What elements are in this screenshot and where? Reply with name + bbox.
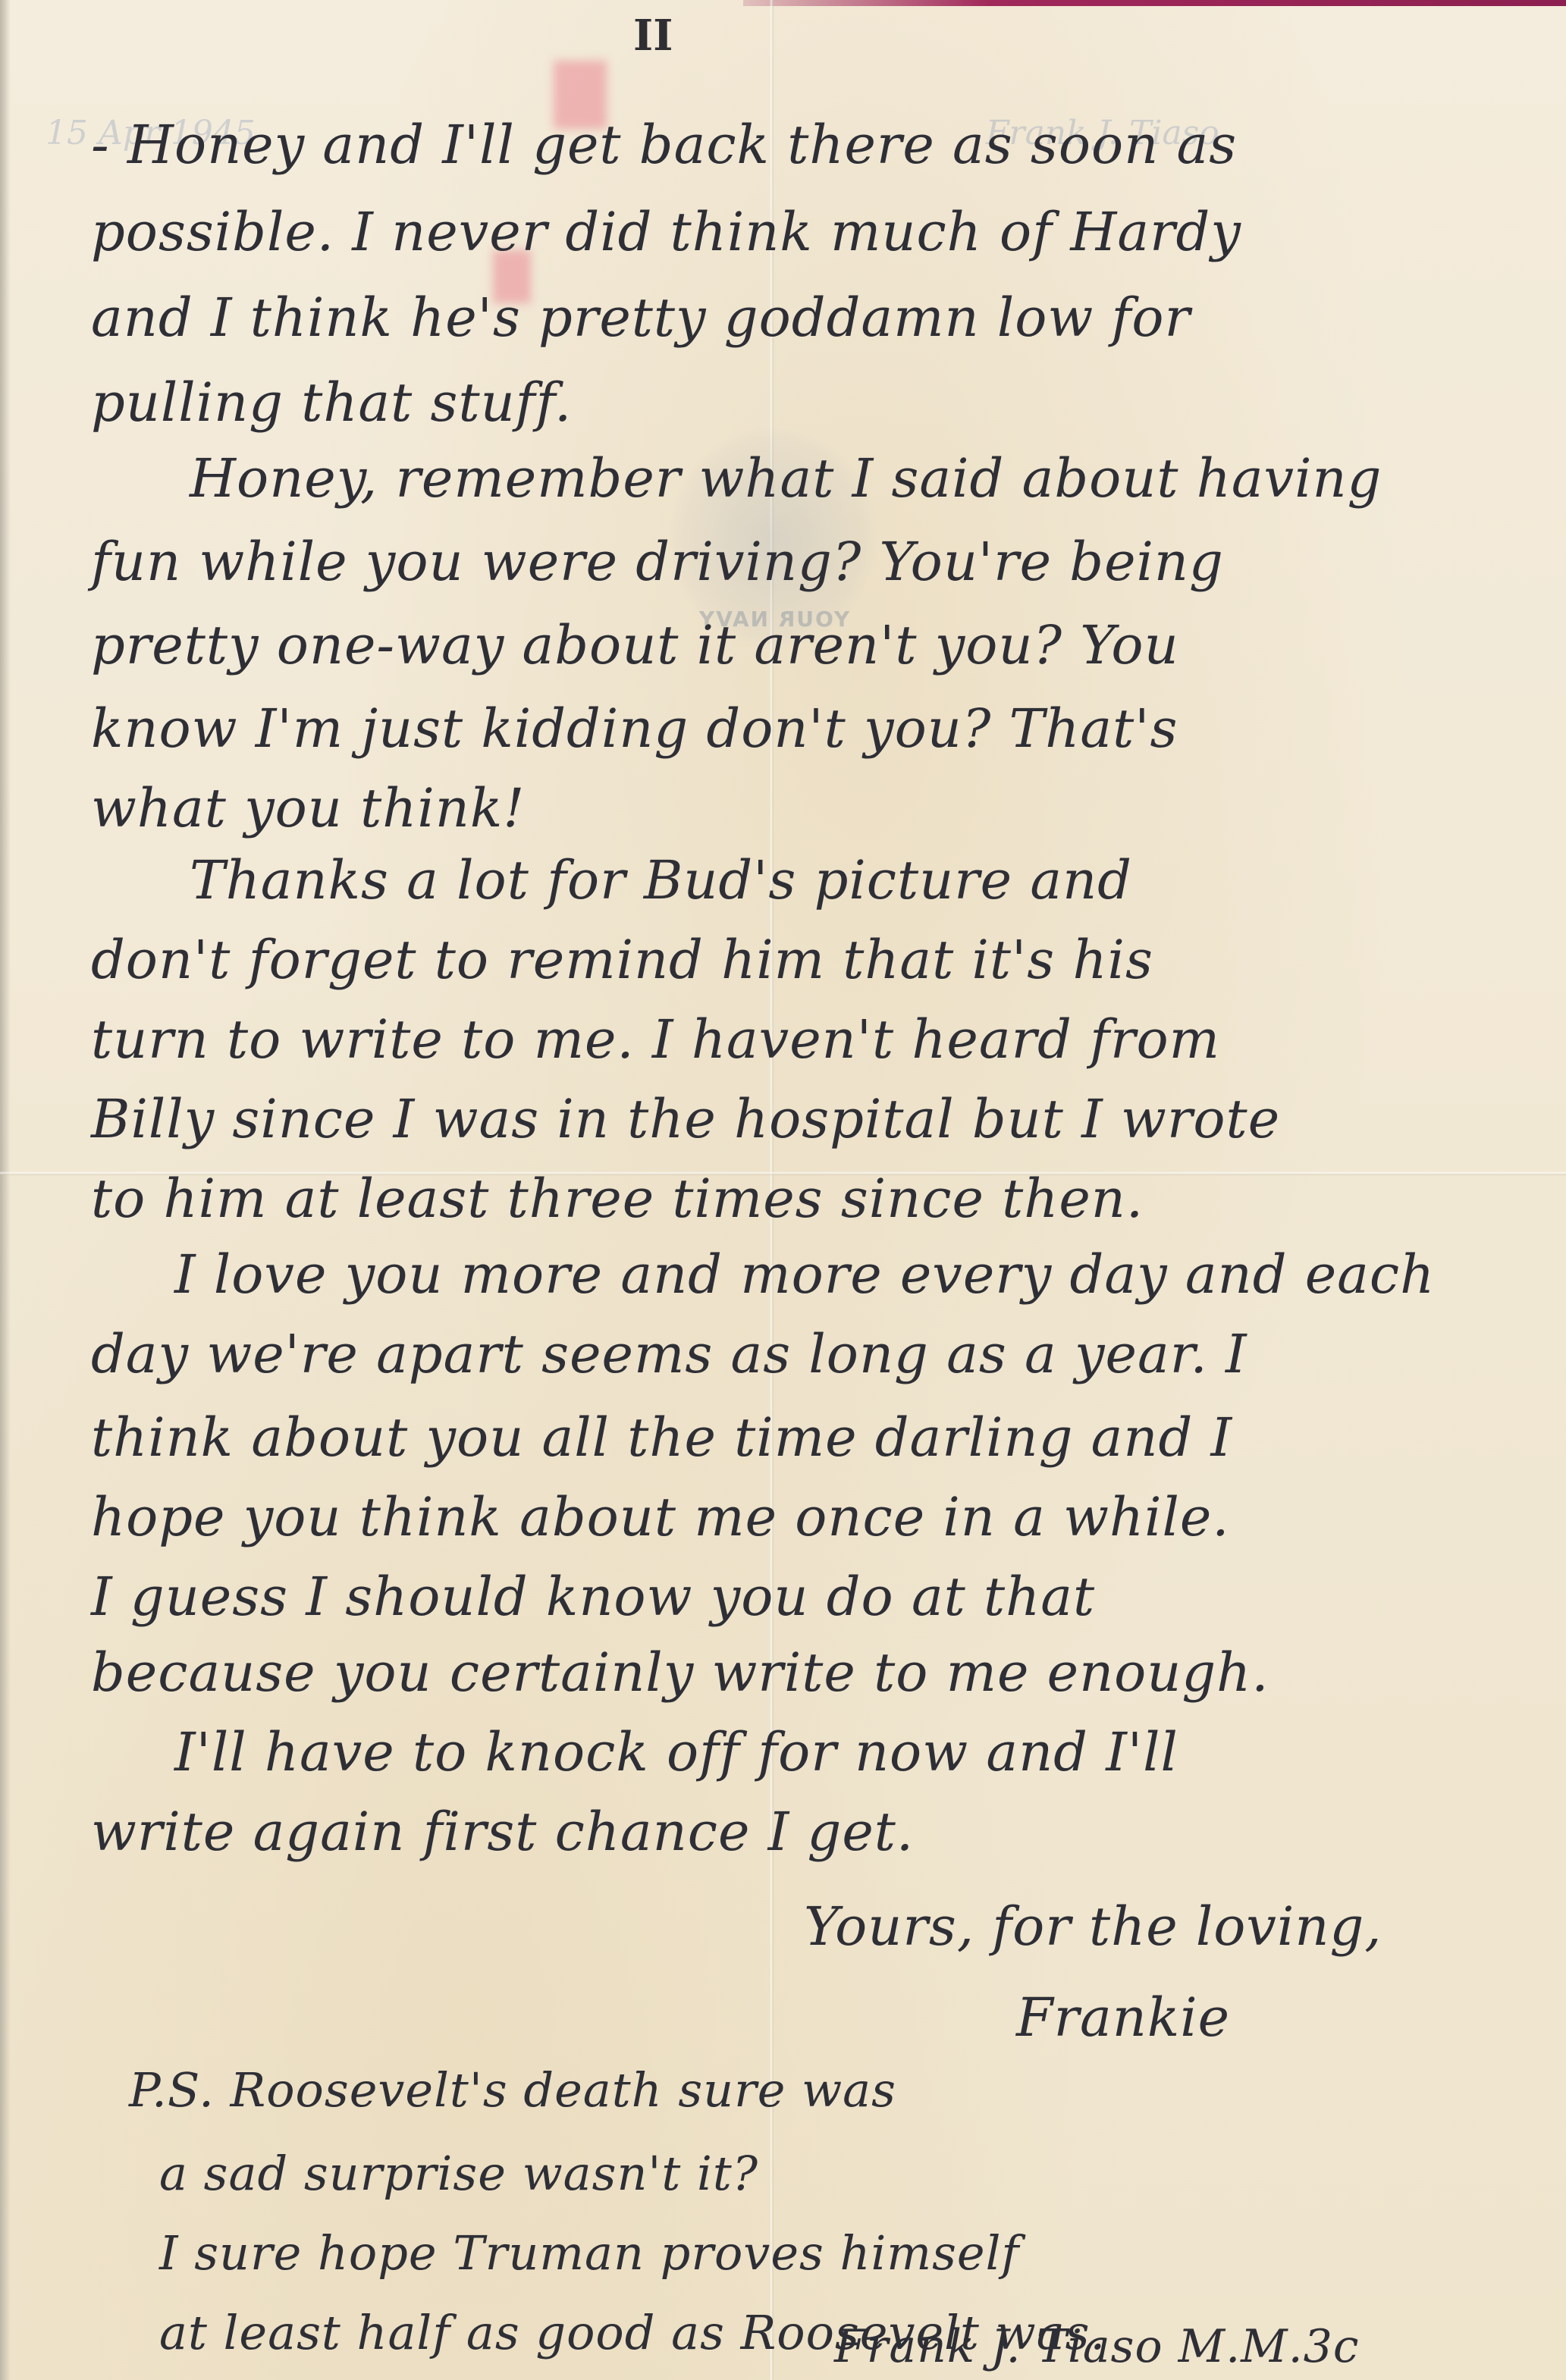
letter-line: to him at least three times since then. (91, 1168, 1144, 1230)
letter-line: what you think! (91, 777, 525, 839)
page-edge-shadow (0, 0, 11, 2380)
letter-line: and I think he's pretty goddamn low for (91, 287, 1191, 349)
letter-line: Billy since I was in the hospital but I … (91, 1088, 1280, 1150)
letter-line: day we're apart seems as long as a year.… (91, 1323, 1247, 1385)
letter-line: write again first chance I get. (91, 1801, 914, 1863)
page-number: II (633, 11, 673, 61)
letter-line: because you certainly write to me enough… (91, 1642, 1269, 1704)
letter-line: pretty one-way about it aren't you? You (91, 614, 1179, 676)
letter-closing: Yours, for the loving, (804, 1896, 1382, 1958)
letter-line: turn to write to me. I haven't heard fro… (91, 1008, 1220, 1071)
letter-line: think about you all the time darling and… (91, 1406, 1232, 1469)
signature: Frankie (1016, 1986, 1230, 2049)
letter-line: fun while you were driving? You're being (91, 531, 1224, 593)
postscript-line: I sure hope Truman proves himself (159, 2225, 1019, 2281)
letter-line: hope you think about me once in a while. (91, 1486, 1230, 1548)
sender-signature-line: Frank J. Tiaso M.M.3c (834, 2320, 1359, 2373)
torn-top-edge (743, 0, 1566, 6)
letter-line: Thanks a lot for Bud's picture and (190, 849, 1132, 911)
postscript-line: P.S. Roosevelt's death sure was (129, 2062, 896, 2118)
letter-line: I love you more and more every day and e… (174, 1243, 1435, 1306)
postscript-line: a sad surprise wasn't it? (159, 2146, 758, 2201)
letter-line: Honey, remember what I said about having (190, 447, 1382, 510)
letter-page: YOUR NAVY 15 Apr 1945 Frank J. Tiaso II … (0, 0, 1566, 2380)
letter-line: know I'm just kidding don't you? That's (91, 698, 1178, 760)
letter-line: pulling that stuff. (91, 372, 572, 434)
letter-line: - Honey and I'll get back there as soon … (91, 114, 1237, 176)
letter-line: don't forget to remind him that it's his (91, 929, 1153, 991)
letter-line: I'll have to knock off for now and I'll (174, 1721, 1178, 1783)
letter-line: possible. I never did think much of Hard… (91, 201, 1241, 263)
letter-line: I guess I should know you do at that (91, 1566, 1095, 1628)
